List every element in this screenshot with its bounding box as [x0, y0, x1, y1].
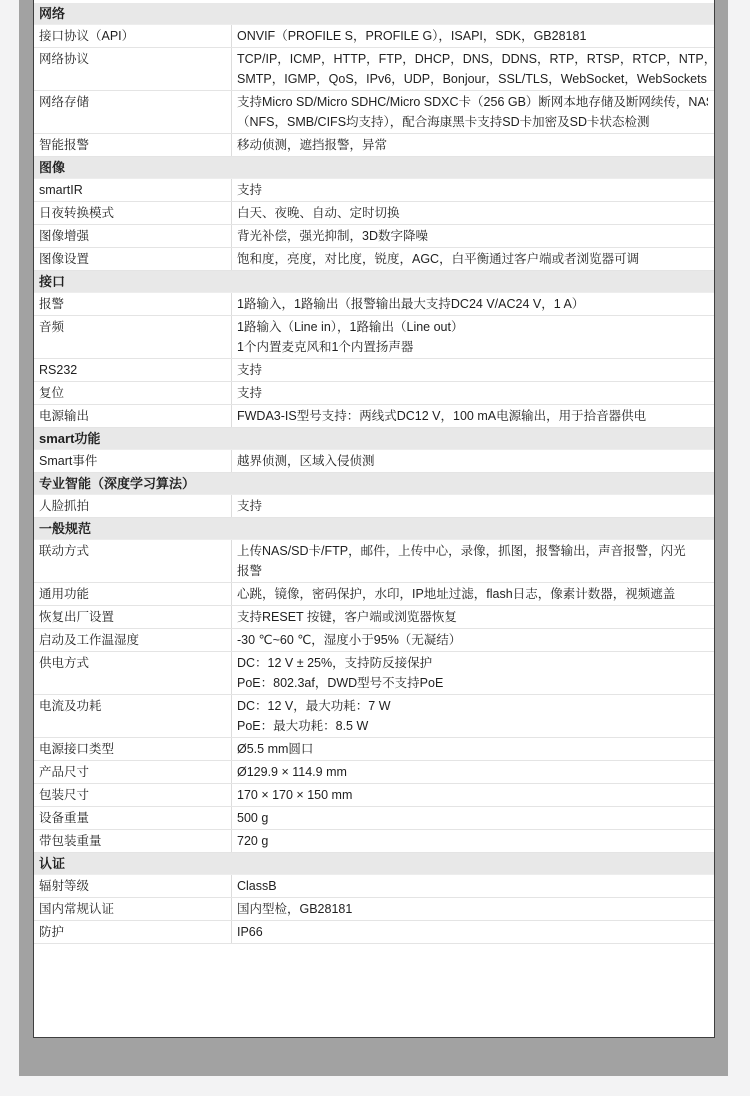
spec-value-line: 报警	[237, 561, 708, 581]
spec-label: 报警	[34, 293, 231, 315]
spec-value-line: PoE：802.3af，DWD型号不支持PoE	[237, 673, 708, 693]
spec-value: 支持Micro SD/Micro SDHC/Micro SDXC卡（256 GB…	[231, 91, 714, 133]
spec-label: 网络协议	[34, 48, 231, 90]
document-sheet: 网络 接口协议（API） ONVIF（PROFILE S，PROFILE G），…	[33, 0, 715, 1038]
spec-label: smartIR	[34, 179, 231, 201]
spec-value-line: 1路输入（Line in），1路输出（Line out）	[237, 317, 708, 337]
section-header-row: 网络	[34, 3, 714, 25]
spec-value-line: 支持	[237, 180, 708, 200]
spec-label: RS232	[34, 359, 231, 381]
spec-value-line: 支持RESET 按键，客户端或浏览器恢复	[237, 607, 708, 627]
spec-value: IP66	[231, 921, 714, 943]
spec-value: 支持	[231, 179, 714, 201]
section-title: 一般规范	[39, 521, 91, 536]
spec-value-line: 支持	[237, 496, 708, 516]
table-row: 图像增强 背光补偿，强光抑制，3D数字降噪	[34, 225, 714, 248]
spec-label: 通用功能	[34, 583, 231, 605]
spec-value-line: 越界侦测，区域入侵侦测	[237, 451, 708, 471]
spec-value: 背光补偿，强光抑制，3D数字降噪	[231, 225, 714, 247]
table-row: 人脸抓拍 支持	[34, 495, 714, 518]
spec-label: 设备重量	[34, 807, 231, 829]
table-row: 联动方式 上传NAS/SD卡/FTP，邮件，上传中心，录像，抓图，报警输出，声音…	[34, 540, 714, 583]
spec-value-line: IP66	[237, 922, 708, 942]
spec-value-line: FWDA3-IS型号支持：两线式DC12 V，100 mA电源输出，用于拾音器供…	[237, 406, 708, 426]
spec-value-line: TCP/IP，ICMP，HTTP，FTP，DHCP，DNS，DDNS，RTP，R…	[237, 49, 708, 69]
table-row: 包装尺寸 170 × 170 × 150 mm	[34, 784, 714, 807]
table-row: 电流及功耗 DC：12 V，最大功耗：7 WPoE：最大功耗：8.5 W	[34, 695, 714, 738]
spec-value-line: （NFS，SMB/CIFS均支持），配合海康黑卡支持SD卡加密及SD卡状态检测	[237, 112, 708, 132]
table-row: 通用功能 心跳，镜像，密码保护，水印，IP地址过滤，flash日志，像素计数器，…	[34, 583, 714, 606]
table-row: smartIR 支持	[34, 179, 714, 202]
spec-value-line: SMTP，IGMP，QoS，IPv6，UDP，Bonjour，SSL/TLS，W…	[237, 69, 708, 89]
spec-value-line: DC：12 V ± 25%，支持防反接保护	[237, 653, 708, 673]
spec-value-line: Ø5.5 mm圆口	[237, 739, 708, 759]
spec-label: 供电方式	[34, 652, 231, 694]
table-row: 国内常规认证 国内型检，GB28181	[34, 898, 714, 921]
table-row: 复位 支持	[34, 382, 714, 405]
table-row: 带包装重量 720 g	[34, 830, 714, 853]
spec-value: 饱和度，亮度，对比度，锐度，AGC，白平衡通过客户端或者浏览器可调	[231, 248, 714, 270]
spec-value-line: 国内型检，GB28181	[237, 899, 708, 919]
spec-value: 1路输入（Line in），1路输出（Line out）1个内置麦克风和1个内置…	[231, 316, 714, 358]
spec-value-line: 移动侦测，遮挡报警，异常	[237, 135, 708, 155]
table-row: 电源接口类型 Ø5.5 mm圆口	[34, 738, 714, 761]
spec-label: 国内常规认证	[34, 898, 231, 920]
table-row: 智能报警 移动侦测，遮挡报警，异常	[34, 134, 714, 157]
spec-value: TCP/IP，ICMP，HTTP，FTP，DHCP，DNS，DDNS，RTP，R…	[231, 48, 714, 90]
spec-value-line: Ø129.9 × 114.9 mm	[237, 762, 708, 782]
spec-value-line: DC：12 V，最大功耗：7 W	[237, 696, 708, 716]
table-row: 供电方式 DC：12 V ± 25%，支持防反接保护PoE：802.3af，DW…	[34, 652, 714, 695]
spec-label: 复位	[34, 382, 231, 404]
spec-label: 音频	[34, 316, 231, 358]
section-header-row: 专业智能（深度学习算法）	[34, 473, 714, 495]
section-header-row: smart功能	[34, 428, 714, 450]
spec-label: 图像设置	[34, 248, 231, 270]
table-row: 接口协议（API） ONVIF（PROFILE S，PROFILE G），ISA…	[34, 25, 714, 48]
section-header-row: 图像	[34, 157, 714, 179]
spec-value-line: -30 ℃~60 ℃，湿度小于95%（无凝结）	[237, 630, 708, 650]
spec-value: 支持	[231, 359, 714, 381]
table-row: 设备重量 500 g	[34, 807, 714, 830]
spec-value-line: 上传NAS/SD卡/FTP，邮件，上传中心，录像，抓图，报警输出，声音报警，闪光	[237, 541, 708, 561]
spec-value: 1路输入，1路输出（报警输出最大支持DC24 V/AC24 V，1 A）	[231, 293, 714, 315]
spec-value-line: 1路输入，1路输出（报警输出最大支持DC24 V/AC24 V，1 A）	[237, 294, 708, 314]
spec-value: 170 × 170 × 150 mm	[231, 784, 714, 806]
spec-label: 图像增强	[34, 225, 231, 247]
spec-value: Ø129.9 × 114.9 mm	[231, 761, 714, 783]
spec-value: 支持	[231, 382, 714, 404]
spec-value: 国内型检，GB28181	[231, 898, 714, 920]
spec-value-line: PoE：最大功耗：8.5 W	[237, 716, 708, 736]
spec-label: 日夜转换模式	[34, 202, 231, 224]
spec-value: FWDA3-IS型号支持：两线式DC12 V，100 mA电源输出，用于拾音器供…	[231, 405, 714, 427]
section-title: 网络	[39, 6, 65, 21]
spec-value: 720 g	[231, 830, 714, 852]
spec-label: 恢复出厂设置	[34, 606, 231, 628]
spec-value: ClassB	[231, 875, 714, 897]
spec-value: 支持	[231, 495, 714, 517]
table-row: 启动及工作温湿度 -30 ℃~60 ℃，湿度小于95%（无凝结）	[34, 629, 714, 652]
table-row: 辐射等级 ClassB	[34, 875, 714, 898]
section-title: smart功能	[39, 431, 100, 446]
spec-value: DC：12 V，最大功耗：7 WPoE：最大功耗：8.5 W	[231, 695, 714, 737]
spec-value-line: 500 g	[237, 808, 708, 828]
table-row: 网络协议 TCP/IP，ICMP，HTTP，FTP，DHCP，DNS，DDNS，…	[34, 48, 714, 91]
spec-label: 联动方式	[34, 540, 231, 582]
spec-value: 白天、夜晚、自动、定时切换	[231, 202, 714, 224]
section-title: 接口	[39, 274, 65, 289]
table-row: 音频 1路输入（Line in），1路输出（Line out）1个内置麦克风和1…	[34, 316, 714, 359]
spec-label: 带包装重量	[34, 830, 231, 852]
spec-value: 支持RESET 按键，客户端或浏览器恢复	[231, 606, 714, 628]
section-title: 专业智能（深度学习算法）	[39, 476, 195, 491]
spec-value: 移动侦测，遮挡报警，异常	[231, 134, 714, 156]
spec-value: 越界侦测，区域入侵侦测	[231, 450, 714, 472]
spec-value: DC：12 V ± 25%，支持防反接保护PoE：802.3af，DWD型号不支…	[231, 652, 714, 694]
spec-value-line: 饱和度，亮度，对比度，锐度，AGC，白平衡通过客户端或者浏览器可调	[237, 249, 708, 269]
spec-label: 智能报警	[34, 134, 231, 156]
spec-value-line: 720 g	[237, 831, 708, 851]
table-row: 图像设置 饱和度，亮度，对比度，锐度，AGC，白平衡通过客户端或者浏览器可调	[34, 248, 714, 271]
spec-label: 辐射等级	[34, 875, 231, 897]
table-row: 防护 IP66	[34, 921, 714, 944]
spec-label: 接口协议（API）	[34, 25, 231, 47]
spec-value-line: 支持	[237, 360, 708, 380]
spec-value: Ø5.5 mm圆口	[231, 738, 714, 760]
table-row: 电源输出 FWDA3-IS型号支持：两线式DC12 V，100 mA电源输出，用…	[34, 405, 714, 428]
table-row: 网络存储 支持Micro SD/Micro SDHC/Micro SDXC卡（2…	[34, 91, 714, 134]
spec-label: 启动及工作温湿度	[34, 629, 231, 651]
spec-label: 产品尺寸	[34, 761, 231, 783]
spec-label: 人脸抓拍	[34, 495, 231, 517]
section-header-row: 认证	[34, 853, 714, 875]
spec-label: 电流及功耗	[34, 695, 231, 737]
spec-value: 上传NAS/SD卡/FTP，邮件，上传中心，录像，抓图，报警输出，声音报警，闪光…	[231, 540, 714, 582]
spec-value: -30 ℃~60 ℃，湿度小于95%（无凝结）	[231, 629, 714, 651]
spec-value-line: 心跳，镜像，密码保护，水印，IP地址过滤，flash日志，像素计数器，视频遮盖	[237, 584, 708, 604]
spec-value-line: ONVIF（PROFILE S，PROFILE G），ISAPI，SDK，GB2…	[237, 26, 708, 46]
spec-value-line: 支持	[237, 383, 708, 403]
table-row: 日夜转换模式 白天、夜晚、自动、定时切换	[34, 202, 714, 225]
spec-value-line: 170 × 170 × 150 mm	[237, 785, 708, 805]
spec-label: 包装尺寸	[34, 784, 231, 806]
spec-label: Smart事件	[34, 450, 231, 472]
spec-label: 电源输出	[34, 405, 231, 427]
table-row: Smart事件 越界侦测，区域入侵侦测	[34, 450, 714, 473]
spec-value-line: 白天、夜晚、自动、定时切换	[237, 203, 708, 223]
section-title: 图像	[39, 160, 65, 175]
spec-label: 防护	[34, 921, 231, 943]
table-row: 恢复出厂设置 支持RESET 按键，客户端或浏览器恢复	[34, 606, 714, 629]
spec-label: 网络存储	[34, 91, 231, 133]
table-row: RS232 支持	[34, 359, 714, 382]
spec-value: ONVIF（PROFILE S，PROFILE G），ISAPI，SDK，GB2…	[231, 25, 714, 47]
spec-label: 电源接口类型	[34, 738, 231, 760]
spec-value-line: 背光补偿，强光抑制，3D数字降噪	[237, 226, 708, 246]
spec-value-line: 1个内置麦克风和1个内置扬声器	[237, 337, 708, 357]
table-row: 产品尺寸 Ø129.9 × 114.9 mm	[34, 761, 714, 784]
spec-value: 500 g	[231, 807, 714, 829]
spec-table: 网络 接口协议（API） ONVIF（PROFILE S，PROFILE G），…	[34, 3, 714, 944]
table-row: 报警 1路输入，1路输出（报警输出最大支持DC24 V/AC24 V，1 A）	[34, 293, 714, 316]
section-header-row: 一般规范	[34, 518, 714, 540]
spec-value: 心跳，镜像，密码保护，水印，IP地址过滤，flash日志，像素计数器，视频遮盖	[231, 583, 714, 605]
section-header-row: 接口	[34, 271, 714, 293]
section-title: 认证	[39, 856, 65, 871]
spec-value-line: ClassB	[237, 876, 708, 896]
spec-value-line: 支持Micro SD/Micro SDHC/Micro SDXC卡（256 GB…	[237, 92, 708, 112]
